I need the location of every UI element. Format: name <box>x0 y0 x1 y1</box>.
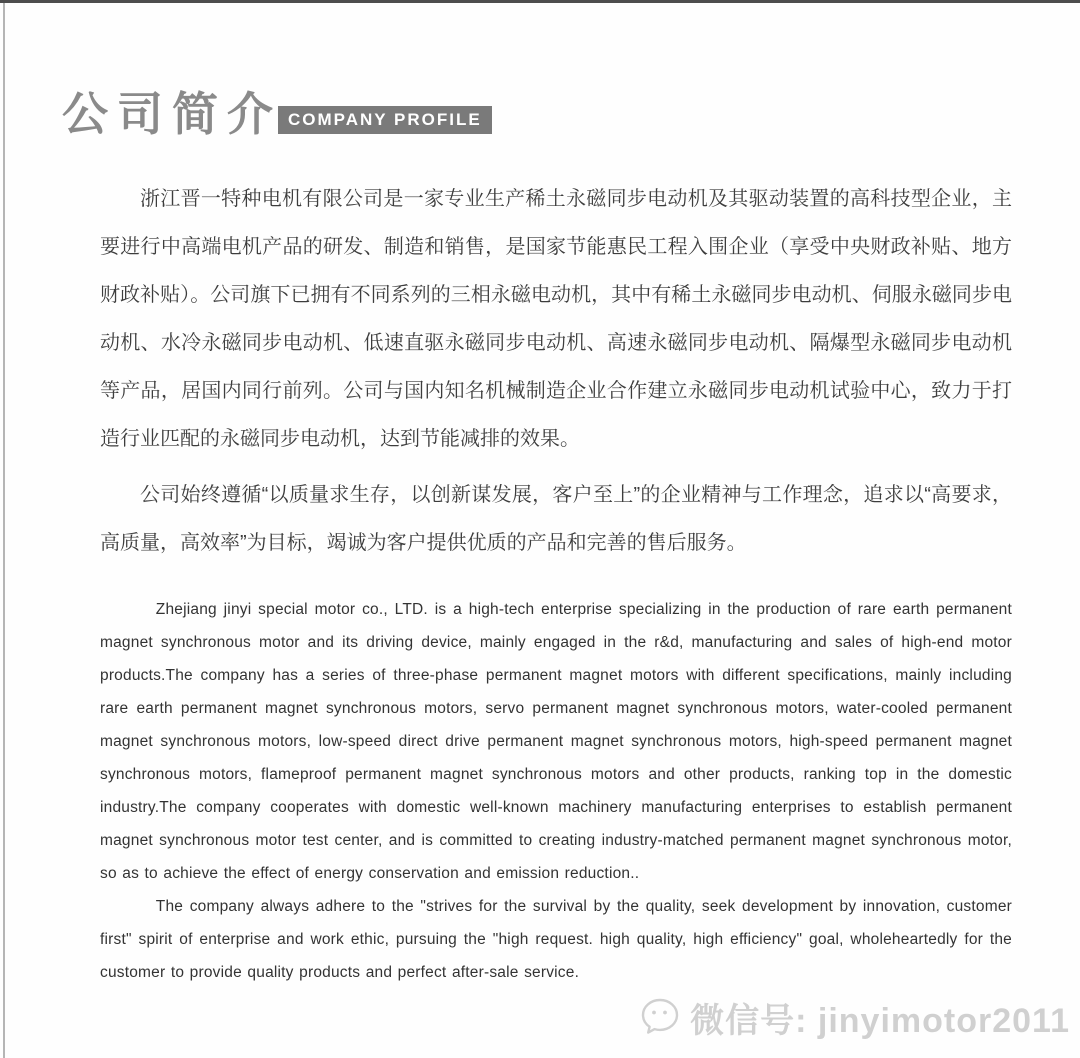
header: 公司简介 COMPANY PROFILE <box>62 91 1080 137</box>
page-title: 公司简介 <box>62 91 282 137</box>
document-body: 浙江晋一特种电机有限公司是一家专业生产稀土永磁同步电动机及其驱动装置的高科技型企… <box>100 175 1012 989</box>
english-paragraph-2: The company always adhere to the "strive… <box>100 890 1012 989</box>
left-border-line <box>3 3 5 1058</box>
chinese-section: 浙江晋一特种电机有限公司是一家专业生产稀土永磁同步电动机及其驱动装置的高科技型企… <box>100 175 1012 567</box>
chinese-paragraph-2: 公司始终遵循“以质量求生存，以创新谋发展，客户至上”的企业精神与工作理念，追求以… <box>100 471 1012 567</box>
chinese-paragraph-1: 浙江晋一特种电机有限公司是一家专业生产稀土永磁同步电动机及其驱动装置的高科技型企… <box>100 175 1012 463</box>
wechat-id-text: 微信号: jinyimotor2011 <box>690 993 1070 1042</box>
wechat-watermark: 微信号: jinyimotor2011 <box>637 993 1070 1042</box>
english-paragraph-1: Zhejiang jinyi special motor co., LTD. i… <box>100 593 1012 890</box>
document-page: 公司简介 COMPANY PROFILE 浙江晋一特种电机有限公司是一家专业生产… <box>0 0 1080 1058</box>
page-subtitle-badge: COMPANY PROFILE <box>278 106 492 134</box>
wechat-icon <box>637 994 685 1042</box>
english-section: Zhejiang jinyi special motor co., LTD. i… <box>100 593 1012 989</box>
